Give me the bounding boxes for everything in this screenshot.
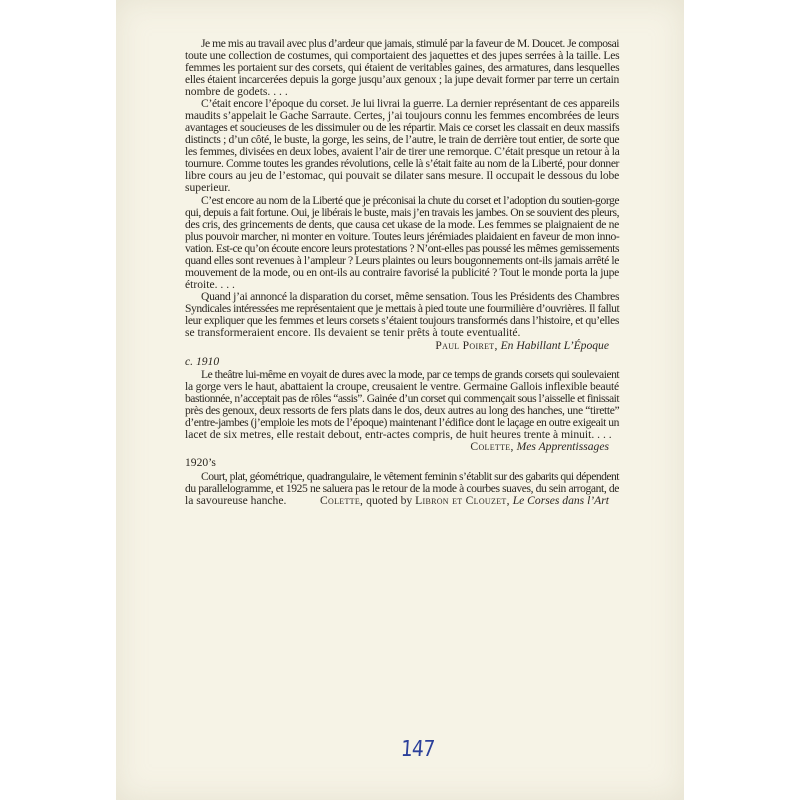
attribution-title: Le Corses dans l’Art [513, 494, 609, 507]
attribution-author: Paul Poiret, [435, 339, 497, 352]
attribution-title: En Habillant L’Époque [501, 339, 609, 352]
date-label: c. 1910 [185, 355, 219, 368]
section-date: 1920’s [185, 457, 619, 469]
attribution-author-2: Libron et Clouzet, [415, 494, 510, 507]
attribution-author: Colette, [320, 494, 363, 507]
attribution-connector: quoted by [366, 494, 412, 507]
section-date: c. 1910 [185, 356, 619, 368]
attribution-author: Colette, [470, 440, 513, 453]
document-body: Je me mis au travail avec plus d’ardeur … [185, 0, 619, 520]
text-line: mouvement de la mode, ou en ont-ils au c… [185, 267, 619, 279]
text-line: libre cours au jeu de l’estomac, qui pou… [185, 170, 619, 182]
date-label: 1920’s [185, 456, 216, 469]
handwritten-page-number: 147 [400, 737, 435, 762]
attribution-colette-libron: Colette, quoted by Libron et Clouzet, Le… [185, 495, 609, 507]
text-line: se transformeraient encore. Ils devaient… [185, 327, 619, 339]
attribution-poiret: Paul Poiret, En Habillant L’Époque [185, 340, 609, 352]
attribution-colette: Colette, Mes Apprentissages [185, 441, 609, 453]
text-line: superieur. [185, 182, 619, 194]
attribution-title: Mes Apprentissages [517, 440, 609, 453]
